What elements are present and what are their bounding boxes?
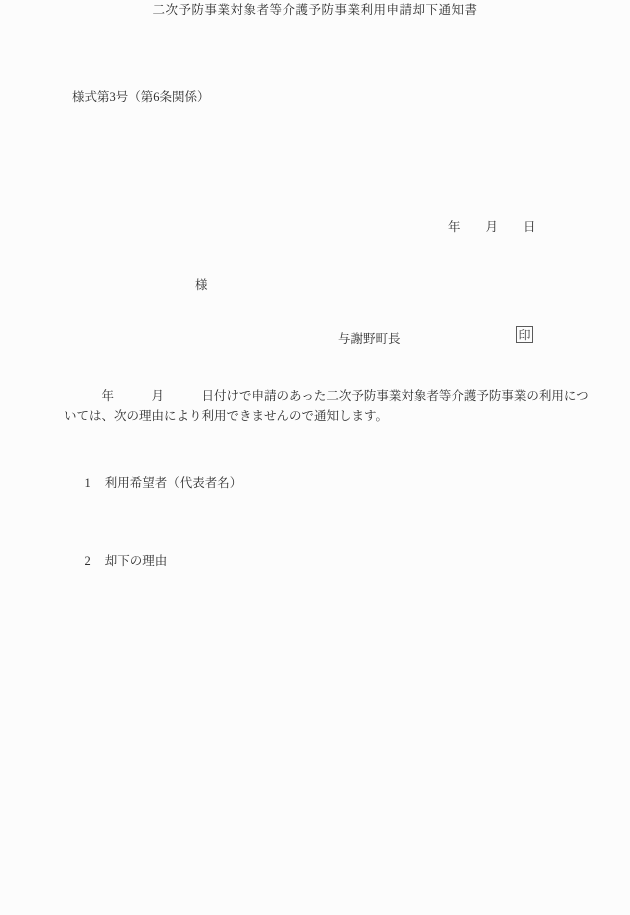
body-paragraph: 年 月 日付けで申請のあった二次予防事業対象者等介護予防事業の利用につ いては、…: [64, 387, 604, 426]
form-number: 様式第3号（第6条関係）: [72, 87, 210, 105]
item-rejection-reason-label: 却下の理由: [105, 554, 168, 568]
item-rejection-reason-number: 2: [85, 554, 91, 569]
item-applicant-number: 1: [85, 476, 91, 491]
document-title: 二次予防事業対象者等介護予防事業利用申請却下通知書: [0, 0, 630, 18]
issuer-name: 与謝野町長: [338, 329, 401, 347]
rejection-notice-document: 様式第3号（第6条関係） 二次予防事業対象者等介護予防事業利用申請却下通知書 年…: [0, 0, 630, 915]
issue-date-line: 年 月 日: [448, 217, 536, 235]
item-applicant: 1利用希望者（代表者名）: [72, 458, 242, 506]
body-line-1: 年 月 日付けで申請のあった二次予防事業対象者等介護予防事業の利用につ: [64, 387, 604, 407]
body-line-2: いては、次の理由により利用できませんので通知します。: [64, 407, 604, 427]
seal-icon: 印: [518, 326, 530, 343]
addressee-honorific: 様: [195, 275, 208, 293]
seal-stamp-box: 印: [516, 326, 533, 343]
item-rejection-reason: 2却下の理由: [72, 536, 167, 584]
item-applicant-label: 利用希望者（代表者名）: [105, 476, 243, 490]
